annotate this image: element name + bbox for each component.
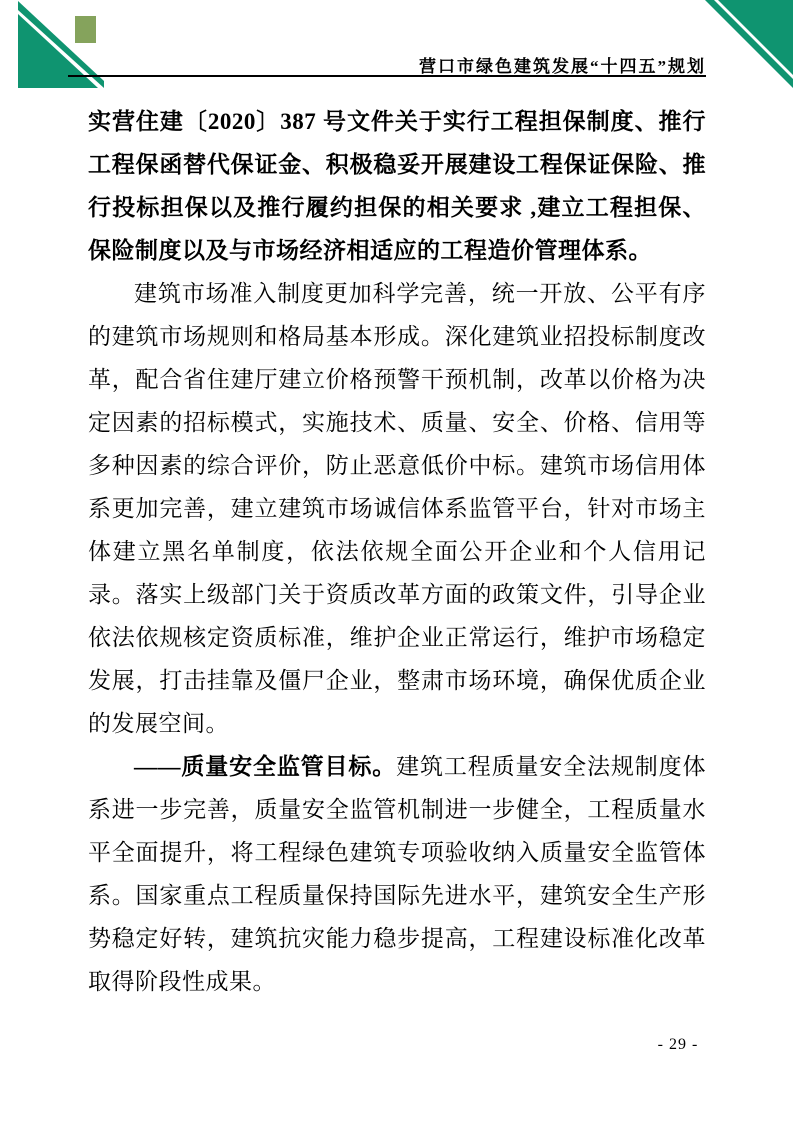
corner-ribbon-top-left-icon	[0, 0, 120, 96]
paragraph-market-access: 建筑市场准入制度更加科学完善，统一开放、公平有序的建筑市场规则和格局基本形成。深…	[88, 272, 706, 745]
header-title: 营口市绿色建筑发展“十四五”规划	[419, 52, 706, 77]
paragraph-rest-quality-safety: 建筑工程质量安全法规制度体系进一步完善，质量安全监管机制进一步健全，工程质量水平…	[88, 754, 706, 994]
accent-square-icon	[75, 16, 96, 43]
corner-ribbon-top-right-icon	[690, 0, 793, 96]
page-number: - 29 -	[638, 1036, 718, 1054]
document-body: 实营住建〔2020〕387 号文件关于实行工程担保制度、推行工程保函替代保证金、…	[88, 100, 706, 1003]
ribbon-triangle-icon	[718, 0, 793, 75]
document-page: 营口市绿色建筑发展“十四五”规划 实营住建〔2020〕387 号文件关于实行工程…	[0, 0, 793, 1122]
paragraph-lead-quality-safety: ——质量安全监管目标。	[134, 754, 396, 779]
header-rule	[68, 75, 706, 77]
paragraph-guarantee-system: 实营住建〔2020〕387 号文件关于实行工程担保制度、推行工程保函替代保证金、…	[88, 100, 706, 272]
paragraph-quality-safety: ——质量安全监管目标。建筑工程质量安全法规制度体系进一步完善，质量安全监管机制进…	[88, 745, 706, 1003]
